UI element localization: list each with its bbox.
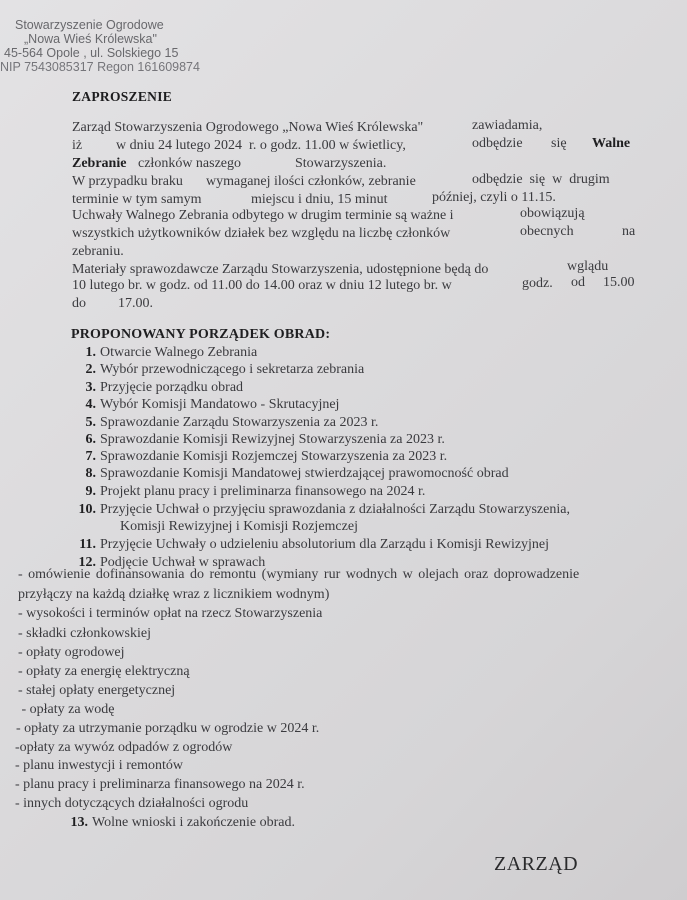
intro-text: Zarząd Stowarzyszenia Ogrodowego „Nowa W… bbox=[72, 120, 423, 136]
agenda-item: 6.Sprawozdanie Komisji Rewizyjnej Stowar… bbox=[74, 432, 445, 448]
agenda-subitem: - opłaty za utrzymanie porządku w ogrodz… bbox=[16, 721, 319, 737]
intro-text: do bbox=[72, 296, 86, 312]
intro-text: się bbox=[551, 136, 567, 152]
agenda-item-text: Projekt planu pracy i preliminarza finan… bbox=[100, 484, 425, 499]
agenda-item-number: 13. bbox=[66, 815, 88, 831]
agenda-item: 10.Przyjęcie Uchwał o przyjęciu sprawozd… bbox=[74, 502, 570, 518]
agenda-subitem: przyłączy na każdą działkę wraz z liczni… bbox=[18, 587, 329, 603]
agenda-item: 9.Projekt planu pracy i preliminarza fin… bbox=[74, 484, 425, 500]
signature: ZARZĄD bbox=[494, 853, 578, 876]
agenda-item-number: 1. bbox=[74, 345, 96, 361]
intro-text-bold: Zebranie bbox=[72, 156, 126, 172]
agenda-subitem: - opłaty za energię elektryczną bbox=[18, 664, 190, 680]
org-address: 45-564 Opole , ul. Solskiego 15 bbox=[4, 46, 178, 61]
agenda-item: 11.Przyjęcie Uchwały o udzieleniu absolu… bbox=[74, 537, 549, 553]
intro-text: obowiązują bbox=[520, 206, 585, 222]
org-name: Stowarzyszenie Ogrodowe bbox=[15, 18, 164, 33]
agenda-item: 1.Otwarcie Walnego Zebrania bbox=[74, 345, 257, 361]
org-subname: „Nowa Wieś Królewska" bbox=[24, 32, 157, 47]
agenda-item-text: Wybór przewodniczącego i sekretarza zebr… bbox=[100, 362, 364, 377]
intro-text: W przypadku braku bbox=[72, 174, 183, 190]
intro-text: Stowarzyszenia. bbox=[295, 156, 386, 172]
agenda-item-number: 11. bbox=[74, 537, 96, 553]
agenda-item: 3.Przyjęcie porządku obrad bbox=[74, 380, 243, 396]
agenda-item-text: Sprawozdanie Komisji Mandatowej stwierdz… bbox=[100, 466, 509, 481]
agenda-heading: PROPONOWANY PORZĄDEK OBRAD: bbox=[71, 327, 330, 343]
intro-text: odbędzie bbox=[472, 136, 523, 152]
agenda-subitem: - innych dotyczących działalności ogrodu bbox=[15, 796, 248, 812]
agenda-item: 4.Wybór Komisji Mandatowo - Skrutacyjnej bbox=[74, 397, 339, 413]
intro-text: w dniu 24 lutego 2024 r. o godz. 11.00 w… bbox=[116, 138, 406, 154]
agenda-item: 8.Sprawozdanie Komisji Mandatowej stwier… bbox=[74, 466, 509, 482]
agenda-item-text: Przyjęcie Uchwał o przyjęciu sprawozdani… bbox=[100, 502, 570, 517]
agenda-item-text: Wybór Komisji Mandatowo - Skrutacyjnej bbox=[100, 397, 339, 412]
agenda-item-number: 3. bbox=[74, 380, 96, 396]
agenda-item-number: 2. bbox=[74, 362, 96, 378]
document-title: ZAPROSZENIE bbox=[72, 89, 172, 105]
agenda-item-number: 7. bbox=[74, 449, 96, 465]
agenda-subitem: - opłaty ogrodowej bbox=[18, 645, 125, 661]
intro-text: 15.00 bbox=[603, 275, 635, 291]
agenda-subitem: - planu pracy i preliminarza finansowego… bbox=[15, 777, 305, 793]
intro-text: zebraniu. bbox=[72, 244, 124, 260]
intro-text: Materiały sprawozdawcze Zarządu Stowarzy… bbox=[72, 262, 488, 278]
intro-text: 10 lutego br. w godz. od 11.00 do 14.00 … bbox=[72, 278, 452, 294]
intro-text: miejscu i dniu, 15 minut bbox=[251, 192, 388, 208]
agenda-item-text: Sprawozdanie Komisji Rozjemczej Stowarzy… bbox=[100, 449, 447, 464]
agenda-item-text: Wolne wnioski i zakończenie obrad. bbox=[92, 815, 295, 830]
agenda-subitem: - omówienie dofinansowania do remontu (w… bbox=[18, 567, 579, 583]
agenda-item: 7.Sprawozdanie Komisji Rozjemczej Stowar… bbox=[74, 449, 447, 465]
intro-text: obecnych bbox=[520, 224, 574, 240]
intro-text-bold: Walne bbox=[592, 136, 630, 152]
intro-text: zawiadamia, bbox=[472, 118, 542, 134]
agenda-subitem: - składki członkowskiej bbox=[18, 626, 151, 642]
intro-text: odbędzie się w drugim bbox=[472, 172, 610, 188]
intro-text: 17.00. bbox=[118, 296, 153, 312]
agenda-subitem: - opłaty za wodę bbox=[18, 702, 114, 718]
agenda-item-text: Otwarcie Walnego Zebrania bbox=[100, 345, 257, 360]
intro-text: od bbox=[571, 275, 585, 291]
agenda-item-number: 4. bbox=[74, 397, 96, 413]
agenda-item-number: 6. bbox=[74, 432, 96, 448]
agenda-item: 5.Sprawozdanie Zarządu Stowarzyszenia za… bbox=[74, 415, 378, 431]
agenda-subitem: - stałej opłaty energetycznej bbox=[18, 683, 175, 699]
agenda-subitem: - wysokości i terminów opłat na rzecz St… bbox=[18, 606, 322, 622]
agenda-subitem: - planu inwestycji i remontów bbox=[15, 758, 183, 774]
intro-text: później, czyli o 11.15. bbox=[432, 190, 556, 206]
intro-text: terminie w tym samym bbox=[72, 192, 201, 208]
agenda-item-number: 8. bbox=[74, 466, 96, 482]
agenda-item-number: 9. bbox=[74, 484, 96, 500]
agenda-item-number: 10. bbox=[74, 502, 96, 518]
intro-text: wszystkich użytkowników działek bez wzgl… bbox=[72, 226, 450, 242]
agenda-item-text: Sprawozdanie Zarządu Stowarzyszenia za 2… bbox=[100, 415, 378, 430]
agenda-item-text: Przyjęcie porządku obrad bbox=[100, 380, 243, 395]
intro-text: wymaganej ilości członków, zebranie bbox=[206, 174, 416, 190]
agenda-item-text: Przyjęcie Uchwały o udzieleniu absolutor… bbox=[100, 537, 549, 552]
agenda-item-text: Sprawozdanie Komisji Rewizyjnej Stowarzy… bbox=[100, 432, 445, 447]
agenda-subitem: -opłaty za wywóz odpadów z ogrodów bbox=[15, 740, 232, 756]
intro-text: członków naszego bbox=[138, 156, 241, 172]
agenda-item: 13.Wolne wnioski i zakończenie obrad. bbox=[66, 815, 295, 831]
agenda-item: 2.Wybór przewodniczącego i sekretarza ze… bbox=[74, 362, 364, 378]
agenda-item-continuation: Komisji Rewizyjnej i Komisji Rozjemczej bbox=[120, 519, 358, 535]
agenda-item-number: 5. bbox=[74, 415, 96, 431]
intro-text: Uchwały Walnego Zebrania odbytego w drug… bbox=[72, 208, 454, 224]
org-ids: NIP 7543085317 Regon 161609874 bbox=[0, 60, 200, 75]
intro-text: iż bbox=[72, 138, 82, 154]
intro-text: na bbox=[622, 224, 635, 240]
intro-text: wglądu bbox=[567, 259, 608, 275]
intro-text: godz. bbox=[522, 276, 553, 292]
